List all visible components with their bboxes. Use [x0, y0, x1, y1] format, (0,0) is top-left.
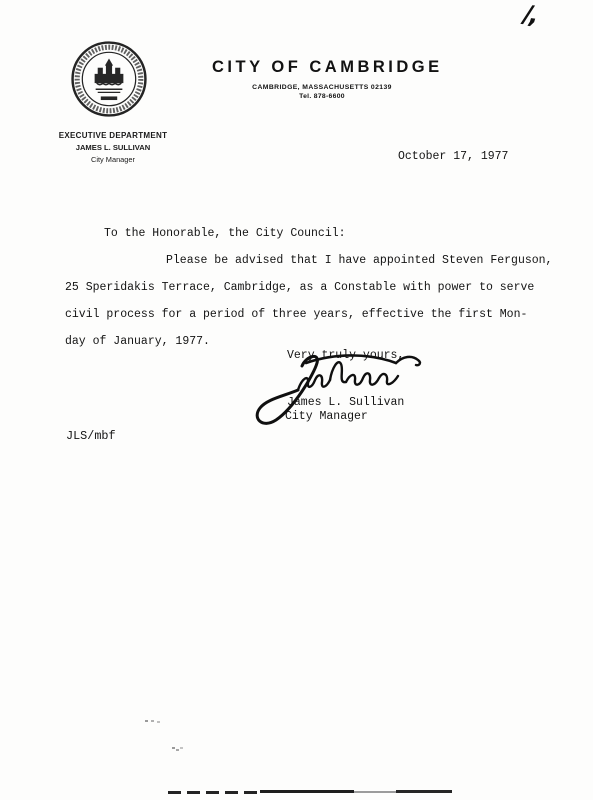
- body-line: 25 Speridakis Terrace, Cambridge, as a C…: [65, 281, 534, 294]
- typed-signer-title: City Manager: [285, 410, 368, 423]
- scan-edge-artifact: [168, 791, 260, 794]
- body-line: civil process for a period of three year…: [65, 308, 527, 321]
- scan-speck: [145, 720, 148, 722]
- scanned-letter-page: /, CITY OF CAMBRIDGE CAMBRIDGE, MASSACHU…: [0, 0, 593, 800]
- body-line: day of January, 1977.: [65, 335, 210, 348]
- sender-block: EXECUTIVE DEPARTMENT JAMES L. SULLIVAN C…: [48, 131, 178, 164]
- scan-edge-artifact: [354, 791, 396, 793]
- scan-edge-artifact: [260, 790, 354, 793]
- letterhead: CITY OF CAMBRIDGE CAMBRIDGE, MASSACHUSET…: [212, 58, 432, 100]
- sender-department: EXECUTIVE DEPARTMENT: [48, 131, 178, 140]
- letterhead-address: CAMBRIDGE, MASSACHUSETTS 02139: [212, 84, 432, 91]
- scan-edge-artifact: [396, 790, 452, 793]
- salutation: To the Honorable, the City Council:: [104, 227, 346, 240]
- city-of-cambridge-seal-icon: [70, 40, 148, 118]
- body-line: Please be advised that I have appointed …: [166, 254, 552, 267]
- scan-speck: [172, 747, 175, 749]
- sender-name: JAMES L. SULLIVAN: [48, 143, 178, 152]
- letterhead-phone: Tel. 878-6600: [212, 93, 432, 100]
- reference-initials: JLS/mbf: [66, 429, 116, 443]
- handwritten-corner-mark: /,: [521, 0, 565, 44]
- letterhead-title: CITY OF CAMBRIDGE: [212, 58, 432, 77]
- typed-signer-name: James L. Sullivan: [287, 396, 404, 409]
- letter-date: October 17, 1977: [398, 150, 508, 163]
- sender-title: City Manager: [48, 155, 178, 164]
